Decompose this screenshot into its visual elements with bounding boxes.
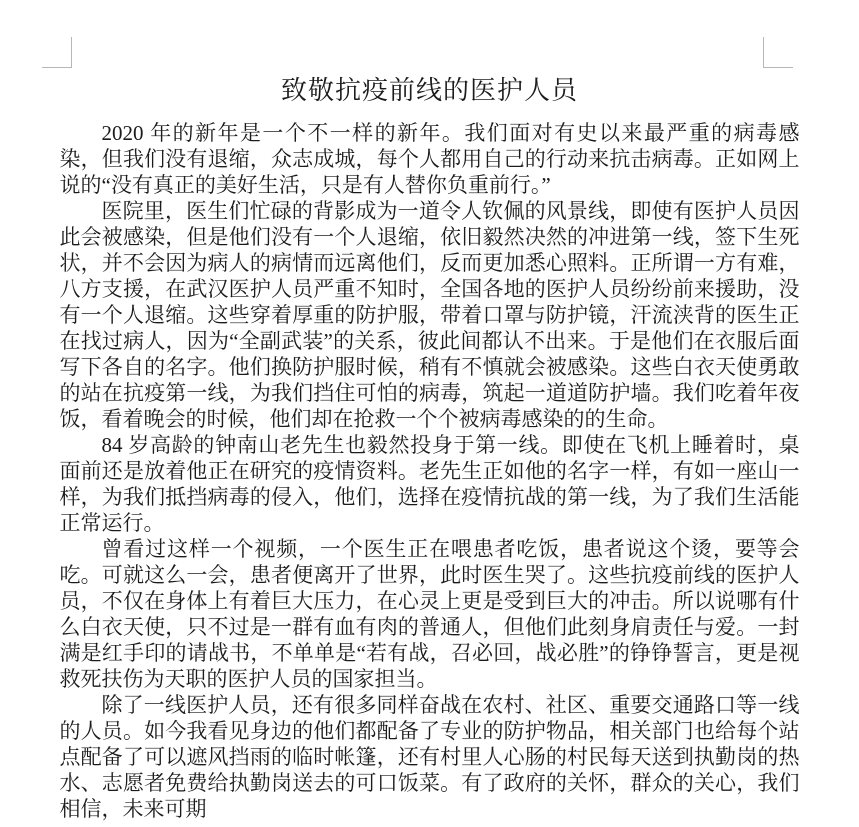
document-paragraph: 除了一线医护人员，还有很多同样奋战在农村、社区、重要交通路口等一线的人员。如今我…: [60, 692, 800, 822]
margin-mark-top-left-icon: [42, 37, 72, 68]
document-title: 致敬抗疫前线的医护人员: [0, 0, 859, 108]
margin-mark-top-right-icon: [763, 37, 793, 68]
document-paragraph: 医院里，医生们忙碌的背影成为一道令人钦佩的风景线，即使有医护人员因此会被感染，但…: [60, 198, 800, 432]
document-body: 2020 年的新年是一个不一样的新年。我们面对有史以来最严重的病毒感染，但我们没…: [60, 120, 800, 822]
document-page: 致敬抗疫前线的医护人员 2020 年的新年是一个不一样的新年。我们面对有史以来最…: [0, 0, 859, 827]
document-paragraph: 2020 年的新年是一个不一样的新年。我们面对有史以来最严重的病毒感染，但我们没…: [60, 120, 800, 198]
document-paragraph: 84 岁高龄的钟南山老先生也毅然投身于第一线。即使在飞机上睡着时，桌面前还是放着…: [60, 432, 800, 536]
document-paragraph: 曾看过这样一个视频，一个医生正在喂患者吃饭，患者说这个烫，要等会吃。可就这么一会…: [60, 536, 800, 692]
